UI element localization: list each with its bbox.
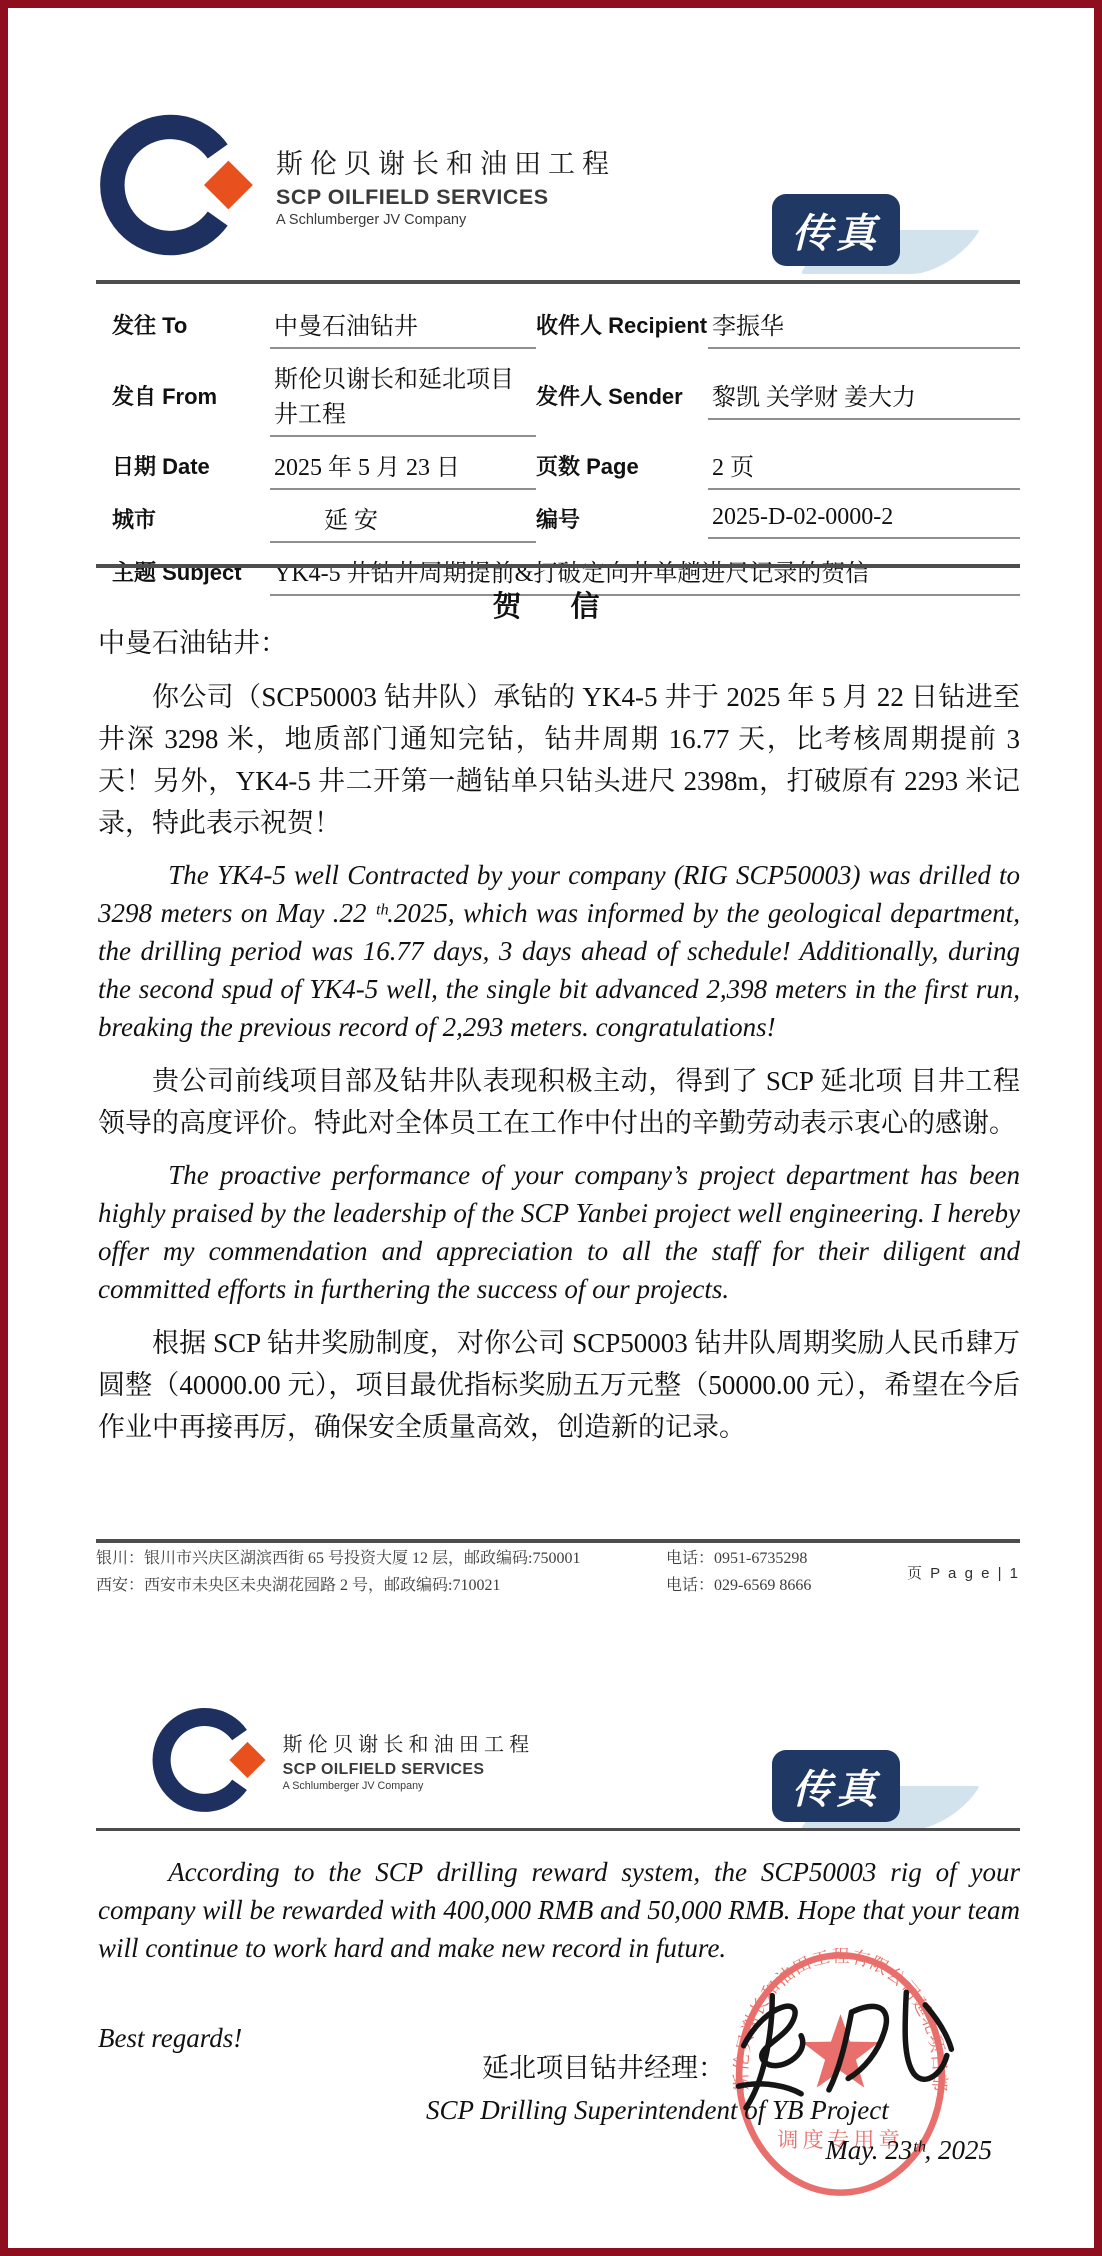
sign-date: May. 23ᵗʰ, 2025 (388, 2130, 1006, 2170)
fax-badge-label: 传真 (792, 202, 880, 259)
sender-label: 发件人 Sender (536, 370, 708, 417)
number-value: 2025-D-02-0000-2 (708, 494, 1020, 539)
logo-english-name: SCP OILFIELD SERVICES (276, 185, 616, 210)
number-label: 编号 (536, 493, 708, 540)
logo-text-block: 斯伦贝谢长和油田工程 SCP OILFIELD SERVICES A Schlu… (276, 142, 616, 228)
phone-xian: 电话：029-6569 8666 (666, 1572, 886, 1599)
logo-chinese-name: 斯伦贝谢长和油田工程 (283, 1728, 535, 1757)
page1-footer: 银川：银川市兴庆区湖滨西街 65 号投资大厦 12 层，邮政编码:750001 … (96, 1545, 1020, 1599)
letter-title: 贺 信 (8, 584, 1094, 625)
form-divider (96, 564, 1020, 568)
paragraph-cn-3: 根据 SCP 钻井奖励制度，对你公司 SCP50003 钻井队周期奖励人民币肆万… (98, 1322, 1020, 1448)
date-value: 2025 年 5 月 23 日 (270, 437, 536, 490)
company-logo-page2: 斯伦贝谢长和油田工程 SCP OILFIELD SERVICES A Schlu… (148, 1700, 534, 1820)
handwritten-signature (714, 1980, 994, 2115)
page-number: 页 P a g e | 1 (886, 1562, 1020, 1583)
address-xian: 西安：西安市未央区未央湖花园路 2 号，邮政编码:710021 (96, 1572, 656, 1599)
fax-document-page: 斯伦贝谢长和油田工程 SCP OILFIELD SERVICES A Schlu… (0, 0, 1102, 2256)
paragraph-cn-2: 贵公司前线项目部及钻井队表现积极主动，得到了 SCP 延北项 目井工程领导的高度… (98, 1060, 1020, 1144)
recipient-label: 收件人 Recipient (536, 299, 708, 346)
header-divider (96, 280, 1020, 284)
fax-badge: 传真 (772, 194, 902, 268)
city-value: 延 安 (270, 490, 536, 543)
recipient-value: 李振华 (708, 296, 1020, 349)
sender-value: 黎凯 关学财 姜大力 (708, 367, 1020, 420)
footer-divider (96, 1539, 1020, 1543)
date-label: 日期 Date (112, 440, 270, 487)
fax-badge-label: 传真 (792, 1758, 880, 1815)
logo-text-block: 斯伦贝谢长和油田工程 SCP OILFIELD SERVICES A Schlu… (283, 1728, 535, 1792)
paragraph-en-2: The proactive performance of your compan… (98, 1156, 1020, 1308)
city-label: 城市 (112, 493, 270, 540)
fax-form: 发往 To 中曼石油钻井 收件人 Recipient 李振华 发自 From 斯… (112, 296, 1020, 596)
phone-yinchuan: 电话：0951-6735298 (666, 1545, 886, 1572)
office-phones: 电话：0951-6735298 电话：029-6569 8666 (666, 1545, 886, 1599)
paragraph-cn-1: 你公司（SCP50003 钻井队）承钻的 YK4-5 井于 2025 年 5 月… (98, 676, 1020, 844)
header-divider-page2 (96, 1828, 1020, 1831)
logo-chinese-name: 斯伦贝谢长和油田工程 (276, 142, 616, 181)
paragraph-en-1: The YK4-5 well Contracted by your compan… (98, 856, 1020, 1046)
logo-english-name: SCP OILFIELD SERVICES (283, 1760, 535, 1779)
pages-label: 页数 Page (536, 440, 708, 487)
scp-logo-icon (94, 104, 262, 266)
from-label: 发自 From (112, 370, 270, 417)
pages-value: 2 页 (708, 437, 1020, 490)
to-label: 发往 To (112, 299, 270, 346)
logo-subtitle: A Schlumberger JV Company (276, 212, 616, 228)
to-value: 中曼石油钻井 (270, 296, 536, 349)
logo-subtitle: A Schlumberger JV Company (283, 1780, 535, 1792)
salutation: 中曼石油钻井： (98, 622, 1020, 664)
fax-badge-page2: 传真 (772, 1750, 902, 1824)
fax-badge-box: 传真 (772, 194, 900, 266)
company-logo: 斯伦贝谢长和油田工程 SCP OILFIELD SERVICES A Schlu… (94, 104, 616, 266)
address-yinchuan: 银川：银川市兴庆区湖滨西街 65 号投资大厦 12 层，邮政编码:750001 (96, 1545, 656, 1572)
scp-logo-icon (148, 1700, 272, 1820)
office-addresses: 银川：银川市兴庆区湖滨西街 65 号投资大厦 12 层，邮政编码:750001 … (96, 1545, 656, 1599)
fax-badge-box: 传真 (772, 1750, 900, 1822)
from-value: 斯伦贝谢长和延北项目井工程 (270, 349, 536, 437)
letter-body: 中曼石油钻井： 你公司（SCP50003 钻井队）承钻的 YK4-5 井于 20… (98, 622, 1020, 1460)
